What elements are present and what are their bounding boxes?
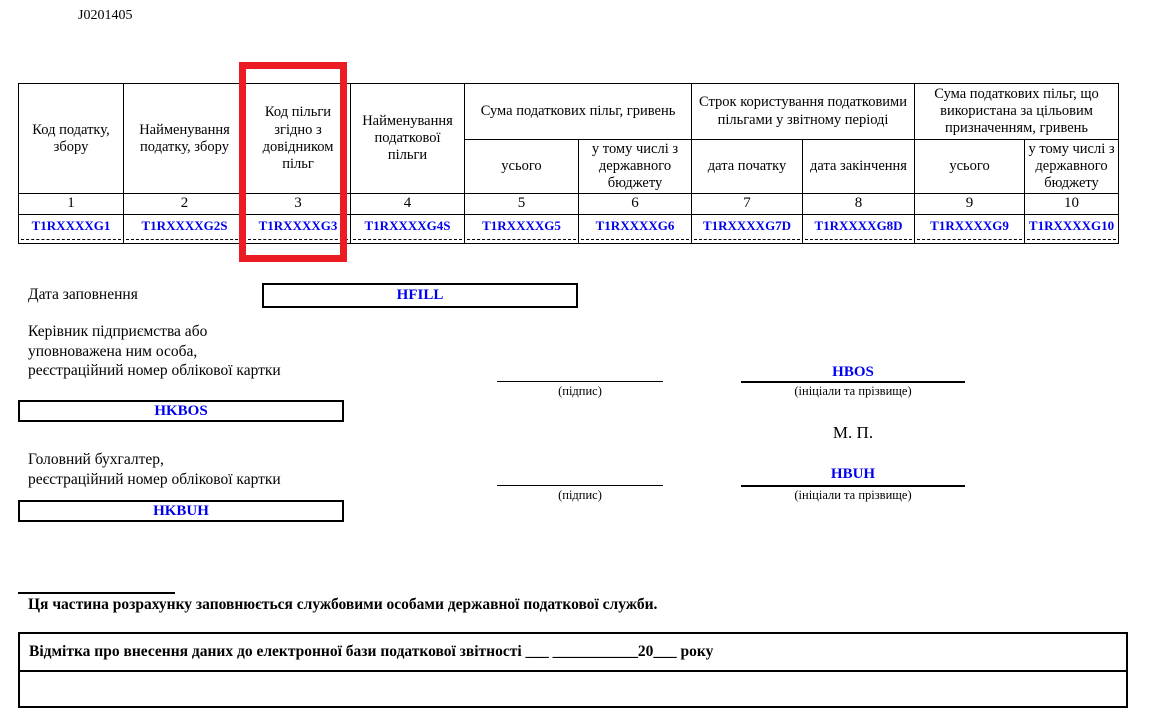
- director-name-caption: (ініціали та прізвище): [741, 384, 965, 399]
- group-header-benefit-sum: Сума податкових пільг, гривень: [465, 84, 692, 140]
- field-code-label: T1RXXXXG5: [482, 218, 561, 233]
- footnote-rule: [18, 592, 175, 594]
- column-number-cell: 5: [465, 194, 579, 215]
- fill-in-dashed-line: [694, 239, 800, 240]
- stamp-place-label: М. П.: [741, 423, 965, 443]
- field-code-cell[interactable]: T1RXXXXG3: [246, 215, 351, 244]
- field-code-cell[interactable]: T1RXXXXG7D: [692, 215, 803, 244]
- fill-in-dashed-line: [126, 239, 243, 240]
- column-number-cell: 3: [246, 194, 351, 215]
- field-code-label: T1RXXXXG1: [32, 218, 111, 233]
- fill-in-dashed-line: [248, 239, 348, 240]
- director-registration-field[interactable]: HKBOS: [18, 400, 344, 422]
- column-number-cell: 2: [124, 194, 246, 215]
- field-code-row: T1RXXXXG1 T1RXXXXG2S T1RXXXXG3 T1RXXXXG4…: [19, 215, 1119, 244]
- group-header-usage-period: Строк користування податковими пільгами …: [692, 84, 915, 140]
- field-code-cell[interactable]: T1RXXXXG9: [915, 215, 1025, 244]
- column-number-cell: 10: [1025, 194, 1119, 215]
- accountant-registration-field-code: HKBUH: [153, 503, 209, 520]
- col-header-benefit-code: Код пільги згідно з довідником пільг: [246, 84, 351, 194]
- sub-header-total-1: усього: [465, 140, 579, 194]
- sub-header-state-budget-1: у тому числі з державного бюджету: [579, 140, 692, 194]
- official-section-note: Ця частина розрахунку заповнюється служб…: [28, 596, 657, 614]
- accountant-signature-caption: (підпис): [497, 488, 663, 503]
- sub-header-end-date: дата закінчення: [803, 140, 915, 194]
- accountant-title: Головний бухгалтер, реєстраційний номер …: [28, 450, 368, 489]
- electronic-database-entry-mark: Відмітка про внесення даних до електронн…: [20, 634, 1126, 672]
- field-code-cell[interactable]: T1RXXXXG8D: [803, 215, 915, 244]
- field-code-label: T1RXXXXG9: [930, 218, 1009, 233]
- fill-date-field[interactable]: HFILL: [262, 283, 578, 308]
- director-signature-caption: (підпис): [497, 384, 663, 399]
- accountant-name-field[interactable]: HBUH: [741, 466, 965, 483]
- accountant-name-caption: (ініціали та прізвище): [741, 488, 965, 503]
- column-number-cell: 1: [19, 194, 124, 215]
- field-code-label: T1RXXXXG7D: [703, 218, 791, 233]
- field-code-label: T1RXXXXG3: [259, 218, 338, 233]
- fill-date-field-code: HFILL: [397, 287, 444, 304]
- fill-in-dashed-line: [1027, 239, 1116, 240]
- column-number-cell: 8: [803, 194, 915, 215]
- col-header-tax-name: Найменування податку, збору: [124, 84, 246, 194]
- col-header-benefit-name: Найменування податкової пільги: [351, 84, 465, 194]
- form-code: J0201405: [78, 8, 132, 24]
- tax-benefits-table: Код податку, збору Найменування податку,…: [18, 83, 1119, 244]
- field-code-label: T1RXXXXG2S: [142, 218, 228, 233]
- accountant-title-line: Головний бухгалтер,: [28, 450, 368, 470]
- accountant-name-line: [741, 485, 965, 487]
- director-title: Керівник підприємства або уповноважена н…: [28, 322, 368, 381]
- sub-header-state-budget-2: у тому числі з державного бюджету: [1025, 140, 1119, 194]
- official-empty-row: [20, 672, 1126, 706]
- fill-in-dashed-line: [581, 239, 689, 240]
- director-name-field-code: HBOS: [832, 364, 874, 380]
- director-name-field[interactable]: HBOS: [741, 364, 965, 381]
- fill-in-dashed-line: [467, 239, 576, 240]
- table-header-row-groups: Код податку, збору Найменування податку,…: [19, 84, 1119, 140]
- field-code-label: T1RXXXXG6: [596, 218, 675, 233]
- director-name-line: [741, 381, 965, 383]
- accountant-signature-line: [497, 485, 663, 486]
- director-registration-field-code: HKBOS: [154, 403, 207, 420]
- accountant-registration-field[interactable]: HKBUH: [18, 500, 344, 522]
- field-code-label: T1RXXXXG8D: [814, 218, 902, 233]
- col-header-tax-code: Код податку, збору: [19, 84, 124, 194]
- fill-in-dashed-line: [353, 239, 462, 240]
- fill-date-label: Дата заповнення: [28, 286, 138, 304]
- director-title-line: уповноважена ним особа,: [28, 342, 368, 362]
- fill-in-dashed-line: [21, 239, 121, 240]
- field-code-label: T1RXXXXG4S: [365, 218, 451, 233]
- group-header-used-sum: Сума податкових пільг, що використана за…: [915, 84, 1119, 140]
- field-code-cell[interactable]: T1RXXXXG6: [579, 215, 692, 244]
- field-code-cell[interactable]: T1RXXXXG5: [465, 215, 579, 244]
- director-title-line: реєстраційний номер облікової картки: [28, 361, 368, 381]
- sub-header-start-date: дата початку: [692, 140, 803, 194]
- fill-in-dashed-line: [917, 239, 1022, 240]
- director-title-line: Керівник підприємства або: [28, 322, 368, 342]
- column-number-cell: 9: [915, 194, 1025, 215]
- field-code-cell[interactable]: T1RXXXXG2S: [124, 215, 246, 244]
- field-code-cell[interactable]: T1RXXXXG4S: [351, 215, 465, 244]
- sub-header-total-2: усього: [915, 140, 1025, 194]
- field-code-cell[interactable]: T1RXXXXG10: [1025, 215, 1119, 244]
- column-number-cell: 6: [579, 194, 692, 215]
- column-number-cell: 4: [351, 194, 465, 215]
- fill-in-dashed-line: [805, 239, 912, 240]
- official-marks-box: Відмітка про внесення даних до електронн…: [18, 632, 1128, 708]
- director-signature-line: [497, 381, 663, 382]
- field-code-cell[interactable]: T1RXXXXG1: [19, 215, 124, 244]
- accountant-name-field-code: HBUH: [831, 466, 875, 482]
- column-number-row: 1 2 3 4 5 6 7 8 9 10: [19, 194, 1119, 215]
- field-code-label: T1RXXXXG10: [1029, 218, 1114, 233]
- accountant-title-line: реєстраційний номер облікової картки: [28, 470, 368, 490]
- column-number-cell: 7: [692, 194, 803, 215]
